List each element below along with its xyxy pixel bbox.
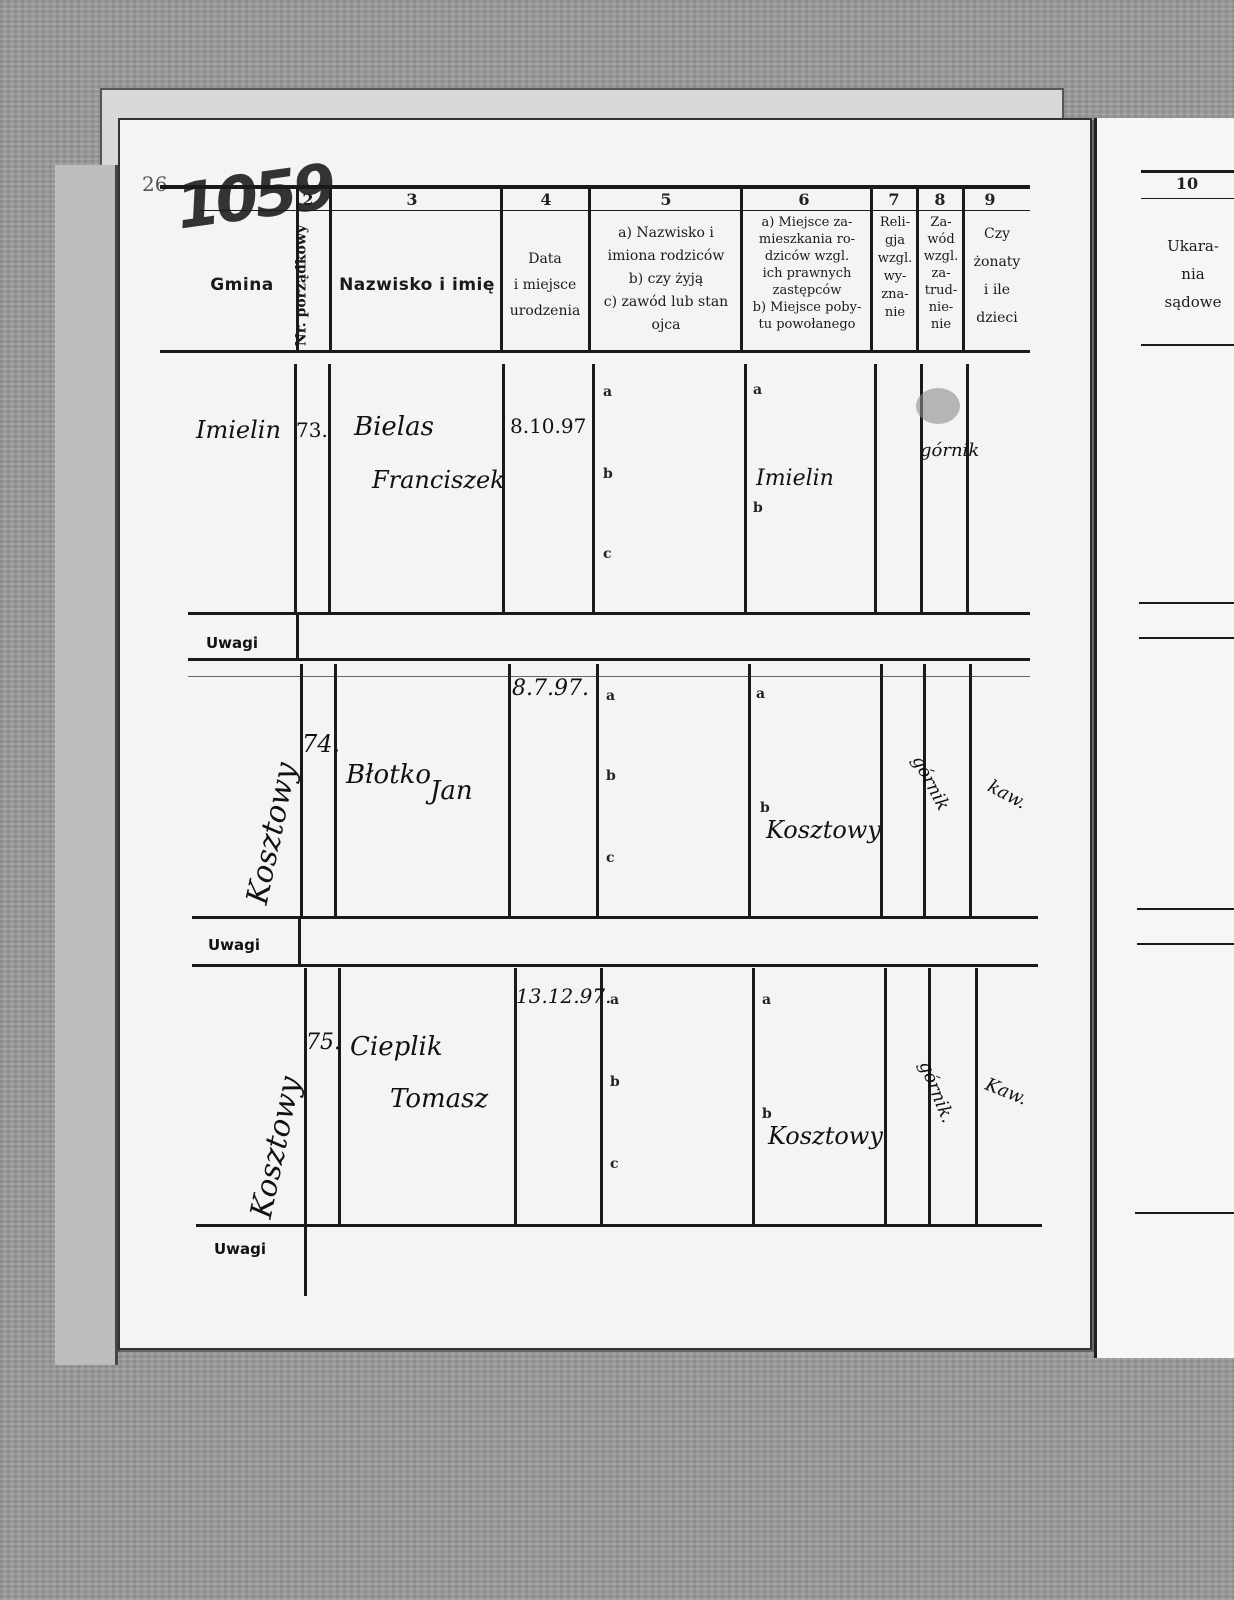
- birth-date-value: 13.12.97.: [516, 984, 611, 1008]
- header-line: urodzenia: [500, 298, 590, 324]
- col-6-number: 6: [792, 190, 816, 209]
- col-divider: [329, 188, 332, 352]
- sub-marker-c: c: [603, 546, 612, 562]
- col-7-number: 7: [884, 190, 904, 209]
- sub-marker-b: b: [753, 500, 763, 516]
- ink-blot: [916, 388, 960, 424]
- header-line: tu powołanego: [740, 316, 874, 333]
- row-thin-rule: [188, 676, 1030, 677]
- surname-value: Błotko: [346, 760, 431, 790]
- record-number: 74.: [302, 730, 340, 758]
- col-7-header: Reli- gja wzgl. wy- zna- nie: [872, 214, 918, 322]
- header-line: zna-: [872, 286, 918, 304]
- gmina-value: Imielin: [196, 416, 281, 444]
- col-divider: [328, 364, 331, 614]
- col-6-header: a) Miejsce za- mieszkania ro- dziców wzg…: [740, 214, 874, 333]
- header-line: imiona rodziców: [590, 245, 742, 268]
- row-rule: [196, 1224, 1042, 1227]
- header-line: za-: [918, 265, 964, 282]
- header-line: wy-: [872, 268, 918, 286]
- col-divider: [500, 188, 503, 352]
- record-number: 73.: [296, 418, 328, 442]
- row-rule: [188, 658, 1030, 661]
- right-page: 10 Ukara- nia sądowe: [1094, 118, 1234, 1358]
- header-line: Data: [500, 246, 590, 272]
- pencil-page-number: 26: [142, 172, 167, 196]
- rule: [1141, 170, 1234, 173]
- col-divider: [874, 364, 877, 614]
- sub-marker-a: a: [610, 992, 619, 1008]
- col-divider: [296, 614, 299, 660]
- col-divider: [298, 918, 301, 966]
- col-2-number: 2: [296, 190, 320, 209]
- col-divider: [294, 364, 297, 614]
- rule: [1135, 1212, 1234, 1214]
- col-divider: [969, 664, 972, 918]
- rule: [1139, 602, 1234, 604]
- header-line: ojca: [590, 314, 742, 337]
- header-line: wód: [918, 231, 964, 248]
- col-divider: [744, 364, 747, 614]
- given-name-value: Franciszek: [372, 466, 505, 494]
- col-divider: [975, 968, 978, 1226]
- header-line: a) Miejsce za-: [740, 214, 874, 231]
- col-divider: [916, 188, 919, 352]
- row-rule: [192, 916, 1038, 919]
- uwagi-label: Uwagi: [208, 936, 260, 954]
- col-divider: [880, 664, 883, 918]
- record-number: 75.: [306, 1030, 341, 1055]
- header-line: Czy: [964, 220, 1030, 248]
- header-line: sądowe: [1143, 288, 1234, 316]
- col-divider: [962, 188, 965, 352]
- header-line: nie: [918, 316, 964, 333]
- given-name-value: Tomasz: [390, 1084, 488, 1114]
- col-divider: [740, 188, 743, 352]
- header-line: zastępców: [740, 282, 874, 299]
- uwagi-label: Uwagi: [214, 1240, 266, 1258]
- header-line: dzieci: [964, 304, 1030, 332]
- col-divider: [884, 968, 887, 1226]
- col-3-number: 3: [400, 190, 424, 209]
- col-4-header: Data i miejsce urodzenia: [500, 246, 590, 324]
- residence-value: Kosztowy: [766, 816, 881, 844]
- residence-value: Imielin: [756, 466, 834, 491]
- book-spine-edge: [55, 165, 118, 1365]
- header-line: nia: [1143, 260, 1234, 288]
- header-line: i miejsce: [500, 272, 590, 298]
- col-1-header: Gmina: [192, 276, 292, 295]
- header-line: ich prawnych: [740, 265, 874, 282]
- surname-value: Bielas: [354, 412, 434, 442]
- col-8-header: Za- wód wzgl. za- trud- nie- nie: [918, 214, 964, 333]
- col-divider: [296, 188, 299, 352]
- birth-date-value: 8.10.97: [510, 414, 586, 438]
- col-8-number: 8: [930, 190, 950, 209]
- col-divider: [596, 664, 599, 918]
- col-divider: [592, 364, 595, 614]
- sub-marker-a: a: [756, 686, 765, 702]
- col-divider: [304, 1226, 307, 1296]
- sub-marker-c: c: [606, 850, 615, 866]
- col-divider: [752, 968, 755, 1226]
- col-5-header: a) Nazwisko i imiona rodziców b) czy żyj…: [590, 222, 742, 337]
- sub-marker-a: a: [603, 384, 612, 400]
- occupation-value: górnik: [920, 440, 979, 461]
- rule: [1141, 198, 1234, 199]
- col-3-header: Nazwisko i imię: [334, 276, 500, 295]
- header-line: b) Miejsce poby-: [740, 299, 874, 316]
- birth-date-value: 8.7.97.: [512, 676, 589, 701]
- col-divider: [300, 664, 303, 918]
- surname-value: Cieplik: [350, 1032, 443, 1062]
- col-divider: [334, 664, 337, 918]
- rule: [1137, 908, 1234, 910]
- sub-marker-a: a: [753, 382, 762, 398]
- sub-marker-b: b: [606, 768, 616, 784]
- header-line: wzgl.: [872, 250, 918, 268]
- col-divider: [508, 664, 511, 918]
- sub-marker-c: c: [610, 1156, 619, 1172]
- rule: [1141, 344, 1234, 346]
- col-divider: [870, 188, 873, 352]
- sub-marker-b: b: [610, 1074, 620, 1090]
- header-line: i ile: [964, 276, 1030, 304]
- given-name-value: Jan: [430, 776, 473, 806]
- header-line: nie: [872, 304, 918, 322]
- header-line: trud-: [918, 282, 964, 299]
- rule: [1137, 943, 1234, 945]
- header-line: Ukara-: [1143, 232, 1234, 260]
- col-5-number: 5: [654, 190, 678, 209]
- header-line: dziców wzgl.: [740, 248, 874, 265]
- header-line: b) czy żyją: [590, 268, 742, 291]
- col-divider: [966, 364, 969, 614]
- sub-marker-a: a: [762, 992, 771, 1008]
- header-line: żonaty: [964, 248, 1030, 276]
- col-divider: [588, 188, 591, 352]
- col-divider: [748, 664, 751, 918]
- header-bottom-rule: [160, 350, 1030, 353]
- col-4-number: 4: [534, 190, 558, 209]
- col-10-number: 10: [1167, 174, 1207, 193]
- col-9-number: 9: [978, 190, 1002, 209]
- top-thin-rule: [200, 210, 1030, 211]
- sub-marker-b: b: [760, 800, 770, 816]
- header-line: wzgl.: [918, 248, 964, 265]
- header-line: Za-: [918, 214, 964, 231]
- col-9-header: Czy żonaty i ile dzieci: [964, 220, 1030, 332]
- col-10-header: Ukara- nia sądowe: [1143, 232, 1234, 316]
- residence-value: Kosztowy: [768, 1122, 883, 1150]
- header-line: Reli-: [872, 214, 918, 232]
- rule: [1139, 637, 1234, 639]
- top-thick-rule: [160, 185, 1030, 189]
- sub-marker-b: b: [762, 1106, 772, 1122]
- header-line: nie-: [918, 299, 964, 316]
- header-line: gja: [872, 232, 918, 250]
- header-line: a) Nazwisko i: [590, 222, 742, 245]
- sub-marker-a: a: [606, 688, 615, 704]
- sub-marker-b: b: [603, 466, 613, 482]
- row-rule: [192, 964, 1038, 967]
- row-rule: [188, 612, 1030, 615]
- uwagi-label: Uwagi: [206, 634, 258, 652]
- header-line: c) zawód lub stan: [590, 291, 742, 314]
- col-divider: [338, 968, 341, 1226]
- header-line: mieszkania ro-: [740, 231, 874, 248]
